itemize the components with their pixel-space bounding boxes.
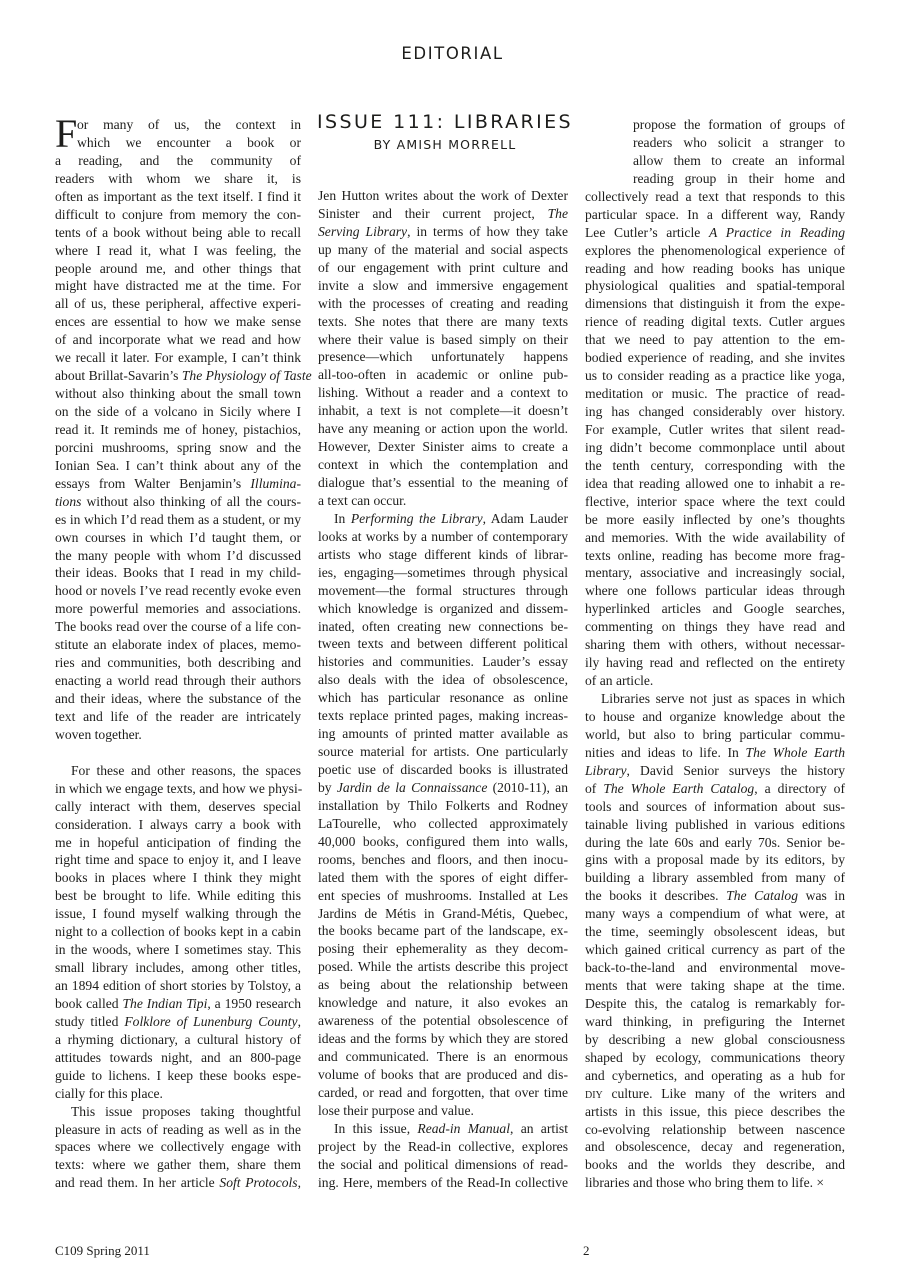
drop-cap: F (55, 117, 77, 151)
text-line: inhabit, a text is not complete—it doesn… (318, 402, 568, 420)
text-line: by Jardin de la Connaissance (2010-11), … (318, 779, 568, 797)
text-line: ing. Here, members of the Read-In collec… (318, 1174, 568, 1192)
text-line: Jen Hutton writes about the work of Dext… (318, 187, 568, 205)
article-column-left: F or many of us, the context inwhich we … (55, 116, 301, 1192)
text-line: all of us, these peripheral, affective e… (55, 295, 301, 313)
text-line: texts online, reading has become more fr… (585, 547, 845, 565)
text-line: by describing a new global consciousness (585, 1031, 845, 1049)
text-line: books and the worlds they describe, and (585, 1156, 845, 1174)
text-line: texts: where we gather them, share them (55, 1156, 301, 1174)
text-line: presence—which unfortunately happens (318, 348, 568, 366)
article-title: ISSUE 111: LIBRARIES (310, 110, 580, 134)
text-line: me in hopeful anticipation of finding th… (55, 834, 301, 852)
text-line: or many of us, the context in (55, 116, 301, 134)
text-line: invite a slow and immersive engagement (318, 277, 568, 295)
text-line: libraries and those who bring them to li… (585, 1174, 845, 1192)
text-line: commenting on things they have read and (585, 618, 845, 636)
text-line: propose the formation of groups of (585, 116, 845, 134)
text-line: carded, or read and forgotten, that over… (318, 1084, 568, 1102)
text-line: idea that reading allowed one to inhabit… (585, 475, 845, 493)
text-line: rooms, benches and floors, and then inoc… (318, 851, 568, 869)
text-line: tween texts and between different politi… (318, 635, 568, 653)
article-column-middle: Jen Hutton writes about the work of Dext… (318, 187, 568, 1192)
text-line: porcini mushrooms, spring snow and the (55, 439, 301, 457)
text-line: where their value is based simply on the… (318, 331, 568, 349)
text-line: ing amounts of printed matter available … (318, 725, 568, 743)
text-line: building a library assembled from many o… (585, 869, 845, 887)
text-line: which we encounter a book or (55, 134, 301, 152)
footer-issue-info: C109 Spring 2011 (55, 1243, 150, 1259)
text-line: flective, interior space where the text … (585, 493, 845, 511)
text-line: installation by Thilo Folkerts and Rodne… (318, 797, 568, 815)
text-line: about Brillat-Savarin’s The Physiology o… (55, 367, 301, 385)
text-line: during the late 60s and early 70s. Senio… (585, 834, 845, 852)
text-line: tents of a book without being able to re… (55, 224, 301, 242)
article-column-right: propose the formation of groups ofreader… (585, 116, 845, 1192)
text-line: all-too-often in academic or online pub- (318, 366, 568, 384)
text-line: Library, David Senior surveys the histor… (585, 762, 845, 780)
text-line: issue, I found myself walking through th… (55, 905, 301, 923)
text-line: ward thinking, in prefiguring the Intern… (585, 1013, 845, 1031)
text-line: knowledge and nature, it also evokes an (318, 994, 568, 1012)
text-line: with the processes of creating and readi… (318, 295, 568, 313)
text-line: the books it describes. The Catalog was … (585, 887, 845, 905)
text-line: people around me, and other things that (55, 260, 301, 278)
text-line: Despite this, the catalog is remarkably … (585, 995, 845, 1013)
text-line: explores the phenomenological experience… (585, 242, 845, 260)
text-line: many ways a compendium of what were, at (585, 905, 845, 923)
text-line: their ideas. Books that I read in my chi… (55, 564, 301, 582)
text-line: meditation or music. The practice of rea… (585, 385, 845, 403)
text-line: where one follows particular ideas throu… (585, 582, 845, 600)
text-line: ily having read and reflected on the ent… (585, 654, 845, 672)
text-line: night to a collection of books kept in a… (55, 923, 301, 941)
text-line: books in places where I think they might (55, 869, 301, 887)
text-line: reading and how reading books has unique (585, 260, 845, 278)
text-line: lose their purpose and value. (318, 1102, 568, 1120)
text-line: the time, seemingly obsolescent ideas, b… (585, 923, 845, 941)
text-line: posed. While the artists describe this p… (318, 958, 568, 976)
text-line: right time and space to enjoy it, and I … (55, 851, 301, 869)
text-line: cally interact with them, deserves speci… (55, 798, 301, 816)
text-line: guide to lichens. I keep these books esp… (55, 1067, 301, 1085)
text-line: in which we engage texts, and how we phy… (55, 780, 301, 798)
text-line: and memories. With the wide availability… (585, 529, 845, 547)
text-line: lishing. Without a reader and a context … (318, 384, 568, 402)
text-line: For example, Cutler writes that silent r… (585, 421, 845, 439)
text-line: in the woods, where I sometimes stay. Th… (55, 941, 301, 959)
text-line: of our engagement with print culture and (318, 259, 568, 277)
text-line: cially for this place. (55, 1085, 301, 1103)
text-line: back-to-the-land and environmental move- (585, 959, 845, 977)
text-line: However, Dexter Sinister aims to create … (318, 438, 568, 456)
text-line: texts replace printed pages, making incr… (318, 707, 568, 725)
text-line: reading group in their home and (585, 170, 845, 188)
text-line: dialogue that’s essential to the meaning… (318, 474, 568, 492)
text-line: an 1894 edition of short stories by Tols… (55, 977, 301, 995)
text-line: world, but also to bring particular comm… (585, 726, 845, 744)
text-line: ing didn’t become commonplace until abou… (585, 439, 845, 457)
text-line: project by the Read-in collective, explo… (318, 1138, 568, 1156)
text-line: spaces where we collectively engage with (55, 1138, 301, 1156)
text-line: and communicated. There is an enormous (318, 1048, 568, 1066)
text-line: tions without also thinking of all the c… (55, 493, 301, 511)
text-line: which knowledge is organized and dissem- (318, 600, 568, 618)
article-byline: BY AMISH MORRELL (310, 136, 580, 154)
text-line: tools and sources of information about s… (585, 798, 845, 816)
text-line: inated, often creating new connections b… (318, 618, 568, 636)
text-line: dimensions that distinguish it from the … (585, 295, 845, 313)
text-line: The books read over the course of a life… (55, 618, 301, 636)
text-line: sharing them with others, without necess… (585, 636, 845, 654)
text-line: source material for artists. One particu… (318, 743, 568, 761)
text-line: nities and ideas to life. In The Whole E… (585, 744, 845, 762)
text-line: own courses in which I’d taught them, or (55, 529, 301, 547)
text-line: ent species of mushrooms. Installed at L… (318, 887, 568, 905)
text-line: shaped by ecology, communications theory (585, 1049, 845, 1067)
text-line: readers who solicit a stranger to (585, 134, 845, 152)
text-line: DIY culture. Like many of the writers an… (585, 1085, 845, 1103)
text-line: and read them. In her article Soft Proto… (55, 1174, 301, 1192)
text-line: movement—the formal structures through (318, 582, 568, 600)
text-line: histories and communities. Lauder’s essa… (318, 653, 568, 671)
text-line: a reading, and the community of (55, 152, 301, 170)
text-line: a rhyming dictionary, a cultural history… (55, 1031, 301, 1049)
text-line: attitudes towards night, and an 800-page (55, 1049, 301, 1067)
text-line: collectively read a text that responds t… (585, 188, 845, 206)
text-line: small library includes, among other titl… (55, 959, 301, 977)
text-line: ideas and the forms by which they are st… (318, 1030, 568, 1048)
text-line: of The Whole Earth Catalog, a directory … (585, 780, 845, 798)
text-line: posing their ephemerality as they decom- (318, 940, 568, 958)
text-line: the books became part of the landscape, … (318, 922, 568, 940)
text-line: consideration. I always carry a book wit… (55, 816, 301, 834)
text-line: readers with whom we share it, is (55, 170, 301, 188)
text-line: pleasure in acts of reading as well as i… (55, 1121, 301, 1139)
text-line: study titled Folklore of Lunenburg Count… (55, 1013, 301, 1031)
text-line: where I read it, what I was feeling, the (55, 242, 301, 260)
text-line: without also thinking about the small to… (55, 385, 301, 403)
text-line: LaTourelle, who collected approximately (318, 815, 568, 833)
text-line: which gained critical currency as part o… (585, 941, 845, 959)
text-line: 40,000 books, configured them into walls… (318, 833, 568, 851)
text-line: the tenth century, corresponding with th… (585, 457, 845, 475)
text-line: artists in this issue, this piece descri… (585, 1103, 845, 1121)
text-line: Jardins de Métis in Grand-Métis, Quebec, (318, 905, 568, 923)
text-line: and their ideas, where the substance of … (55, 690, 301, 708)
text-line: rience of reading digital texts. Cutler … (585, 313, 845, 331)
text-line: lated them with the spores of eight diff… (318, 869, 568, 887)
text-line: have any meaning or action upon the worl… (318, 420, 568, 438)
text-line: texts. She notes that there are many tex… (318, 313, 568, 331)
text-line: book called The Indian Tipi, a 1950 rese… (55, 995, 301, 1013)
text-line: that we need to pay attention to the em- (585, 331, 845, 349)
footer-page-number: 2 (583, 1243, 590, 1259)
text-line: the social and political dimensions of r… (318, 1156, 568, 1174)
text-line: ments that were taking shape at the time… (585, 977, 845, 995)
text-line: hyperlinked articles and Google searches… (585, 600, 845, 618)
text-line: This issue proposes taking thoughtful (55, 1103, 301, 1121)
text-line: be more easily inflected by one’s though… (585, 511, 845, 529)
text-line: gins with a proposal made by its editors… (585, 851, 845, 869)
text-line: up many of the material and social aspec… (318, 241, 568, 259)
text-line: hood or novels I’ve read recently evoke … (55, 582, 301, 600)
text-line: stitute an elaborate index of places, me… (55, 636, 301, 654)
text-line: enacting a world read through their auth… (55, 672, 301, 690)
text-line: ies, engaging—sometimes through physical (318, 564, 568, 582)
text-line: and obsolescence, decay and regeneration… (585, 1138, 845, 1156)
text-line: best be brought to life. While editing t… (55, 887, 301, 905)
text-line: the many people with whom I’d discussed (55, 547, 301, 565)
text-line: to house and organize knowledge about th… (585, 708, 845, 726)
text-line: Lee Cutler’s article A Practice in Readi… (585, 224, 845, 242)
text-line: tainable living published in various edi… (585, 816, 845, 834)
text-line: Sinister and their current project, The (318, 205, 568, 223)
text-line: Serving Library, in terms of how they ta… (318, 223, 568, 241)
text-line: particular space. In a different way, Ra… (585, 206, 845, 224)
text-line: might have distracted me at the time. Fo… (55, 277, 301, 295)
text-line: ences are essential to how we make sense (55, 313, 301, 331)
text-line: often as important as the text itself. I… (55, 188, 301, 206)
text-line: of and incorporate what we read and how (55, 331, 301, 349)
text-line: read it. It reminds me of honey, pistach… (55, 421, 301, 439)
text-line: and cybernetics, and operating as a hub … (585, 1067, 845, 1085)
text-line: on the side of a volcano in Sicily where… (55, 403, 301, 421)
text-line: es in which I’d read them as a student, … (55, 511, 301, 529)
text-line: awareness of the potential obsolescence … (318, 1012, 568, 1030)
title-block: ISSUE 111: LIBRARIES BY AMISH MORRELL (310, 110, 580, 154)
text-line: volume of books that are produced and di… (318, 1066, 568, 1084)
text-line: we recall it later. For example, I can’t… (55, 349, 301, 367)
text-line: of an article. (585, 672, 845, 690)
text-line: In this issue, Read-in Manual, an artist (318, 1120, 568, 1138)
text-line: which has particular resonance as online (318, 689, 568, 707)
text-line: allow them to create an informal (585, 152, 845, 170)
text-line: looks at works by a number of contempora… (318, 528, 568, 546)
text-line: ries and communities, both describing an… (55, 654, 301, 672)
text-line: text and life of the reader are intricat… (55, 708, 301, 726)
text-line: artists who stage different kinds of lib… (318, 546, 568, 564)
section-label: EDITORIAL (0, 44, 905, 63)
text-line: more powerful memories and associations. (55, 600, 301, 618)
text-line: physiological qualities and spatial-temp… (585, 277, 845, 295)
text-line: co-evolving relationship between nascenc… (585, 1121, 845, 1139)
text-line: difficult to conjure from memory the con… (55, 206, 301, 224)
text-line: For these and other reasons, the spaces (55, 762, 301, 780)
text-line: In Performing the Library, Adam Lauder (318, 510, 568, 528)
text-line: a text can occur. (318, 492, 568, 510)
text-line: bodied experience of reading, and she in… (585, 349, 845, 367)
text-line: woven together. (55, 726, 301, 744)
text-line: Ionian Sea. I can’t think about any of t… (55, 457, 301, 475)
text-line: also deals with the idea of obsolescence… (318, 671, 568, 689)
text-line: mentary, associative and increasingly so… (585, 564, 845, 582)
text-line: essays from Walter Benjamin’s Illumina- (55, 475, 301, 493)
text-line: poetic use of discarded books is illustr… (318, 761, 568, 779)
text-line: ing has changed considerably over histor… (585, 403, 845, 421)
text-line: as being about the relationship between (318, 976, 568, 994)
text-line: us to consider reading as a practice lik… (585, 367, 845, 385)
text-line: Libraries serve not just as spaces in wh… (585, 690, 845, 708)
text-line: context in which the contemplation and (318, 456, 568, 474)
